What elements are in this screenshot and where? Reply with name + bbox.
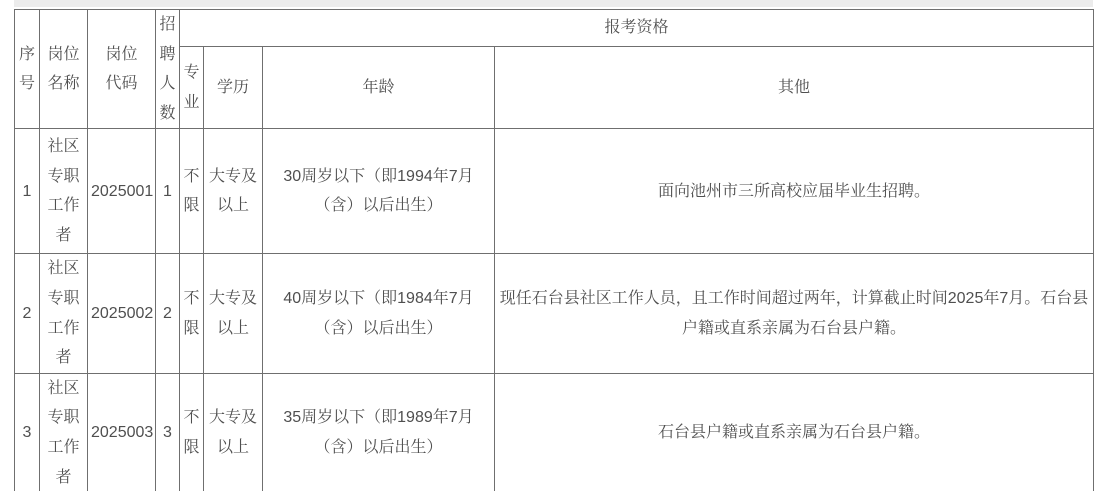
cell-age: 30周岁以下（即1994年7月（含）以后出生） bbox=[263, 129, 495, 254]
recruitment-table: 序号 岗位名称 岗位代码 招聘人数 报考资格 专业 学历 年龄 其他 1 社区专… bbox=[14, 9, 1094, 491]
header-age: 年龄 bbox=[263, 47, 495, 129]
cell-major: 不限 bbox=[180, 129, 204, 254]
cell-education: 大专及以上 bbox=[204, 254, 263, 373]
cell-education: 大专及以上 bbox=[204, 129, 263, 254]
header-position-name-label: 岗位名称 bbox=[47, 40, 81, 99]
table-body: 1 社区专职工作者 2025001 1 不限 大专及以上 30周岁以下（即199… bbox=[15, 129, 1094, 491]
header-major-label: 专业 bbox=[183, 58, 200, 117]
header-other: 其他 bbox=[495, 47, 1094, 129]
cell-position-code: 2025001 bbox=[88, 129, 156, 254]
cell-age: 35周岁以下（即1989年7月（含）以后出生） bbox=[263, 373, 495, 491]
table-row: 3 社区专职工作者 2025003 3 不限 大专及以上 35周岁以下（即198… bbox=[15, 373, 1094, 491]
cell-major: 不限 bbox=[180, 254, 204, 373]
cell-recruit-count: 2 bbox=[156, 254, 180, 373]
table-row: 2 社区专职工作者 2025002 2 不限 大专及以上 40周岁以下（即198… bbox=[15, 254, 1094, 373]
cell-position-code: 2025002 bbox=[88, 254, 156, 373]
table-row: 1 社区专职工作者 2025001 1 不限 大专及以上 30周岁以下（即199… bbox=[15, 129, 1094, 254]
header-recruit-count-label: 招聘人数 bbox=[159, 10, 176, 128]
cell-major-text: 不限 bbox=[183, 403, 200, 462]
cell-position-name: 社区专职工作者 bbox=[40, 129, 88, 254]
cell-education-text: 大专及以上 bbox=[208, 403, 258, 462]
cell-position-name-text: 社区专职工作者 bbox=[47, 374, 81, 491]
cell-position-name: 社区专职工作者 bbox=[40, 373, 88, 491]
cell-education-text: 大专及以上 bbox=[208, 162, 258, 221]
cell-position-code: 2025003 bbox=[88, 373, 156, 491]
cropped-content-strip bbox=[14, 0, 1093, 7]
header-education: 学历 bbox=[204, 47, 263, 129]
cell-major: 不限 bbox=[180, 373, 204, 491]
cell-position-name-text: 社区专职工作者 bbox=[47, 254, 81, 372]
cell-education: 大专及以上 bbox=[204, 373, 263, 491]
cell-seq: 1 bbox=[15, 129, 40, 254]
cell-recruit-count: 1 bbox=[156, 129, 180, 254]
cell-other: 面向池州市三所高校应届毕业生招聘。 bbox=[495, 129, 1094, 254]
header-row-1: 序号 岗位名称 岗位代码 招聘人数 报考资格 bbox=[15, 10, 1094, 47]
header-seq-label: 序号 bbox=[18, 40, 36, 99]
cell-other: 石台县户籍或直系亲属为石台县户籍。 bbox=[495, 373, 1094, 491]
cell-seq: 3 bbox=[15, 373, 40, 491]
header-position-name: 岗位名称 bbox=[40, 10, 88, 129]
cell-seq: 2 bbox=[15, 254, 40, 373]
cell-position-name-text: 社区专职工作者 bbox=[47, 132, 81, 250]
header-recruit-count: 招聘人数 bbox=[156, 10, 180, 129]
header-position-code-label: 岗位代码 bbox=[105, 40, 139, 99]
cell-position-name: 社区专职工作者 bbox=[40, 254, 88, 373]
cell-other: 现任石台县社区工作人员，且工作时间超过两年，计算截止时间2025年7月。石台县户… bbox=[495, 254, 1094, 373]
cell-major-text: 不限 bbox=[183, 284, 200, 343]
cell-age: 40周岁以下（即1984年7月（含）以后出生） bbox=[263, 254, 495, 373]
cell-education-text: 大专及以上 bbox=[208, 284, 258, 343]
cell-recruit-count: 3 bbox=[156, 373, 180, 491]
table-header: 序号 岗位名称 岗位代码 招聘人数 报考资格 专业 学历 年龄 其他 bbox=[15, 10, 1094, 129]
cell-major-text: 不限 bbox=[183, 162, 200, 221]
header-qualification: 报考资格 bbox=[180, 10, 1094, 47]
header-position-code: 岗位代码 bbox=[88, 10, 156, 129]
header-major: 专业 bbox=[180, 47, 204, 129]
header-seq: 序号 bbox=[15, 10, 40, 129]
